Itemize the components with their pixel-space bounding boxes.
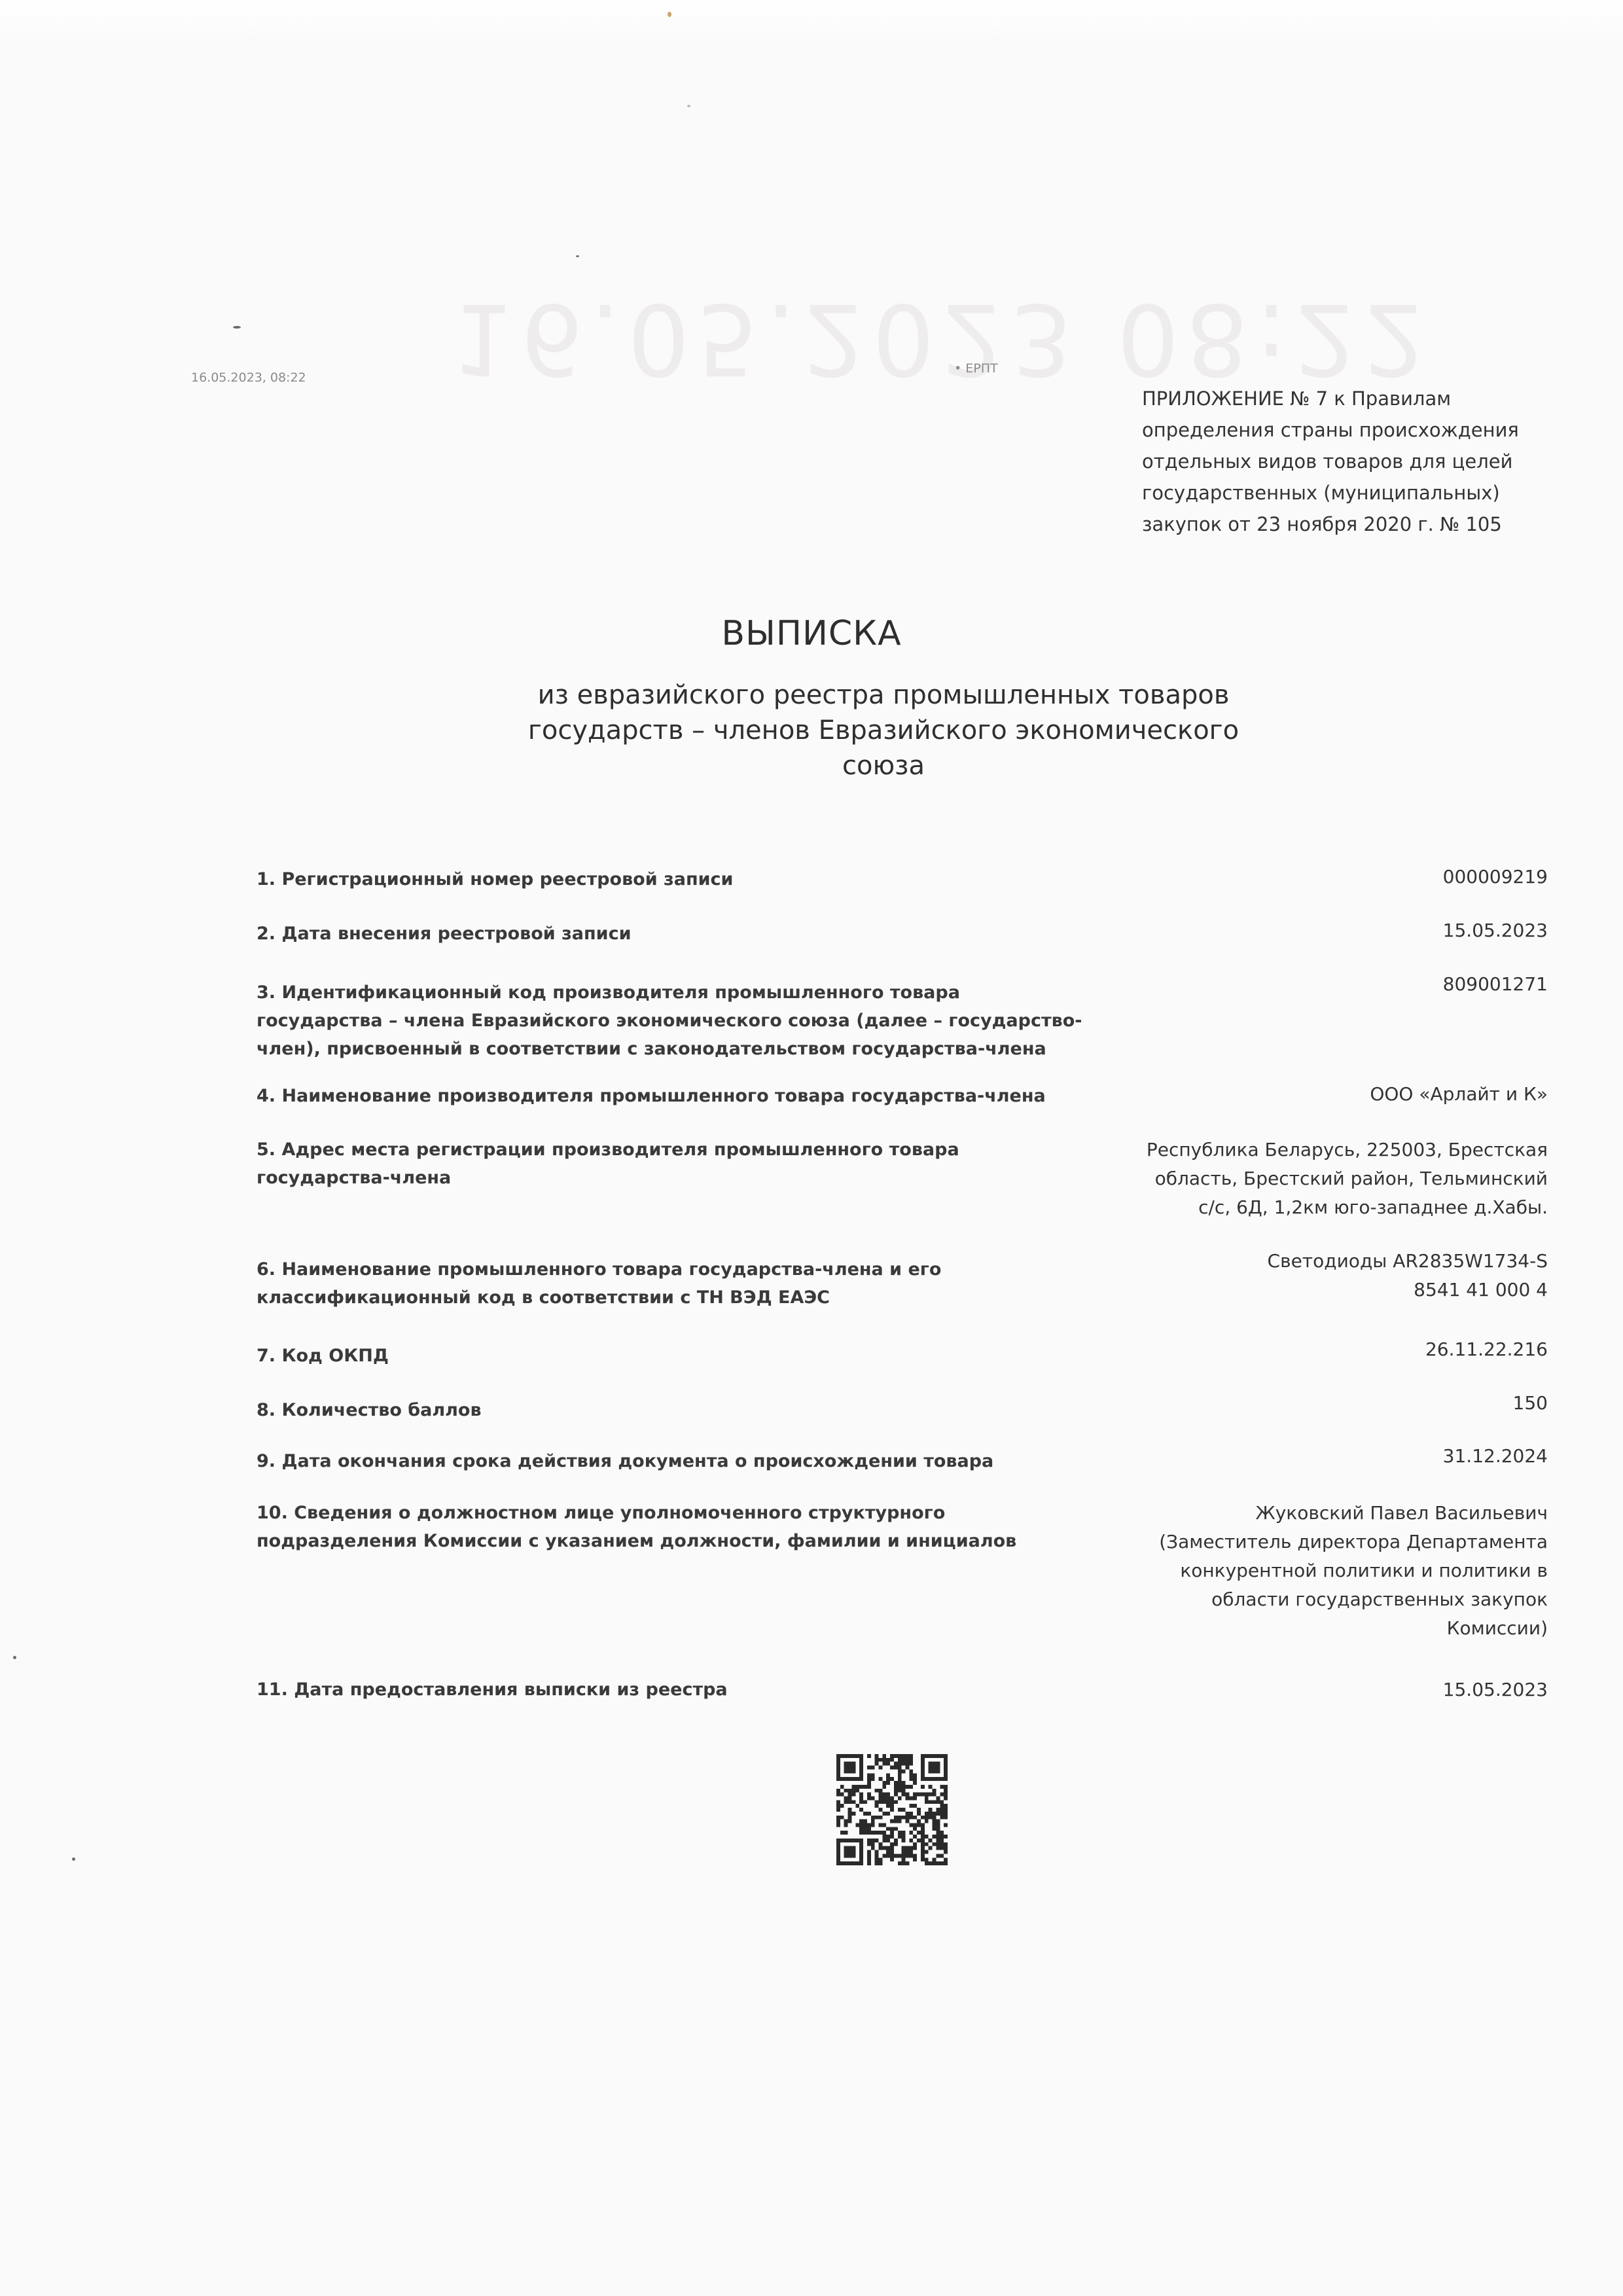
field-value-line: 26.11.22.216: [1090, 1335, 1548, 1364]
field-label: 5. Адрес места регистрации производителя…: [257, 1136, 1120, 1192]
document-title: ВЫПИСКА: [0, 614, 1623, 653]
field-label: 10. Сведения о должностном лице уполномо…: [257, 1499, 1120, 1555]
field-label-line: 3. Идентификационный код производителя п…: [257, 978, 1120, 1007]
field-value-line: область, Брестский район, Тельминский: [1090, 1164, 1548, 1193]
field-label: 2. Дата внесения реестровой записи: [257, 920, 1120, 948]
field-value: Светодиоды AR2835W1734-S8541 41 000 4: [1090, 1247, 1548, 1304]
field-value: 809001271: [1090, 970, 1548, 999]
field-value-line: 15.05.2023: [1090, 1676, 1548, 1704]
field-label-line: член), присвоенный в соответствии с зако…: [257, 1035, 1120, 1063]
qr-code-icon: [836, 1754, 948, 1865]
field-label: 4. Наименование производителя промышленн…: [257, 1082, 1120, 1110]
field-value-line: 31.12.2024: [1090, 1442, 1548, 1471]
appendix-line: государственных (муниципальных): [1142, 477, 1561, 509]
scan-speck: [687, 105, 690, 107]
field-label-line: 4. Наименование производителя промышленн…: [257, 1082, 1120, 1110]
scan-speck: [72, 1857, 75, 1861]
field-label-line: 5. Адрес места регистрации производителя…: [257, 1136, 1120, 1164]
field-value-line: области государственных закупок: [1090, 1585, 1548, 1614]
field-value: 15.05.2023: [1090, 916, 1548, 945]
field-label-line: 10. Сведения о должностном лице уполномо…: [257, 1499, 1120, 1527]
field-value-line: 8541 41 000 4: [1090, 1276, 1548, 1304]
appendix-line: определения страны происхождения: [1142, 414, 1561, 446]
field-label-line: классификационный код в соответствии с Т…: [257, 1283, 1120, 1312]
field-value-line: 809001271: [1090, 970, 1548, 999]
field-label-line: 1. Регистрационный номер реестровой запи…: [257, 865, 1120, 893]
bleed-through-watermark: 16.05.2023 08:22: [452, 281, 1433, 395]
field-label: 7. Код ОКПД: [257, 1342, 1120, 1370]
print-source: • ЕРПТ: [954, 361, 998, 376]
appendix-line: ПРИЛОЖЕНИЕ № 7 к Правилам: [1142, 383, 1561, 414]
field-label-line: 2. Дата внесения реестровой записи: [257, 920, 1120, 948]
field-label-line: государства-члена: [257, 1164, 1120, 1192]
field-label: 8. Количество баллов: [257, 1396, 1120, 1424]
field-value: 000009219: [1090, 863, 1548, 891]
field-label: 6. Наименование промышленного товара гос…: [257, 1255, 1120, 1312]
scan-speck: [668, 12, 671, 17]
field-label-line: 11. Дата предоставления выписки из реест…: [257, 1676, 1120, 1704]
field-value: 150: [1090, 1389, 1548, 1418]
field-value-line: конкурентной политики и политики в: [1090, 1556, 1548, 1585]
field-label: 3. Идентификационный код производителя п…: [257, 978, 1120, 1063]
scan-speck: [576, 255, 579, 257]
appendix-line: отдельных видов товаров для целей: [1142, 446, 1561, 477]
print-timestamp: 16.05.2023, 08:22: [191, 370, 306, 385]
field-value-line: 15.05.2023: [1090, 916, 1548, 945]
field-label: 1. Регистрационный номер реестровой запи…: [257, 865, 1120, 893]
field-value-line: Республика Беларусь, 225003, Брестская: [1090, 1136, 1548, 1164]
field-value-line: Светодиоды AR2835W1734-S: [1090, 1247, 1548, 1276]
field-value-line: Жуковский Павел Васильевич: [1090, 1499, 1548, 1528]
field-value: Республика Беларусь, 225003, Брестскаяоб…: [1090, 1136, 1548, 1222]
field-value: 15.05.2023: [1090, 1676, 1548, 1704]
appendix-note: ПРИЛОЖЕНИЕ № 7 к Правилам определения ст…: [1142, 383, 1561, 540]
field-value-line: (Заместитель директора Департамента: [1090, 1528, 1548, 1556]
field-label: 9. Дата окончания срока действия докумен…: [257, 1447, 1120, 1475]
field-label-line: 8. Количество баллов: [257, 1396, 1120, 1424]
subtitle-line: из евразийского реестра промышленных тов…: [458, 677, 1309, 713]
field-value-line: Комиссии): [1090, 1614, 1548, 1643]
field-value-line: 150: [1090, 1389, 1548, 1418]
field-label: 11. Дата предоставления выписки из реест…: [257, 1676, 1120, 1704]
appendix-line: закупок от 23 ноября 2020 г. № 105: [1142, 509, 1561, 540]
page-top-edge: [0, 0, 1623, 39]
field-label-line: государства – члена Евразийского экономи…: [257, 1007, 1120, 1035]
field-label-line: 7. Код ОКПД: [257, 1342, 1120, 1370]
field-label-line: 6. Наименование промышленного товара гос…: [257, 1255, 1120, 1283]
field-value: Жуковский Павел Васильевич(Заместитель д…: [1090, 1499, 1548, 1643]
field-label-line: подразделения Комиссии с указанием должн…: [257, 1527, 1120, 1555]
subtitle-line: союза: [458, 748, 1309, 783]
field-value: 26.11.22.216: [1090, 1335, 1548, 1364]
scan-speck: [233, 326, 241, 329]
field-label-line: 9. Дата окончания срока действия докумен…: [257, 1447, 1120, 1475]
field-value-line: с/с, 6Д, 1,2км юго-западнее д.Хабы.: [1090, 1193, 1548, 1222]
document-subtitle: из евразийского реестра промышленных тов…: [458, 677, 1309, 783]
field-value-line: 000009219: [1090, 863, 1548, 891]
subtitle-line: государств – членов Евразийского экономи…: [458, 713, 1309, 748]
field-value: 31.12.2024: [1090, 1442, 1548, 1471]
scan-speck: [13, 1656, 16, 1659]
field-value: ООО «Арлайт и К»: [1090, 1080, 1548, 1109]
field-value-line: ООО «Арлайт и К»: [1090, 1080, 1548, 1109]
